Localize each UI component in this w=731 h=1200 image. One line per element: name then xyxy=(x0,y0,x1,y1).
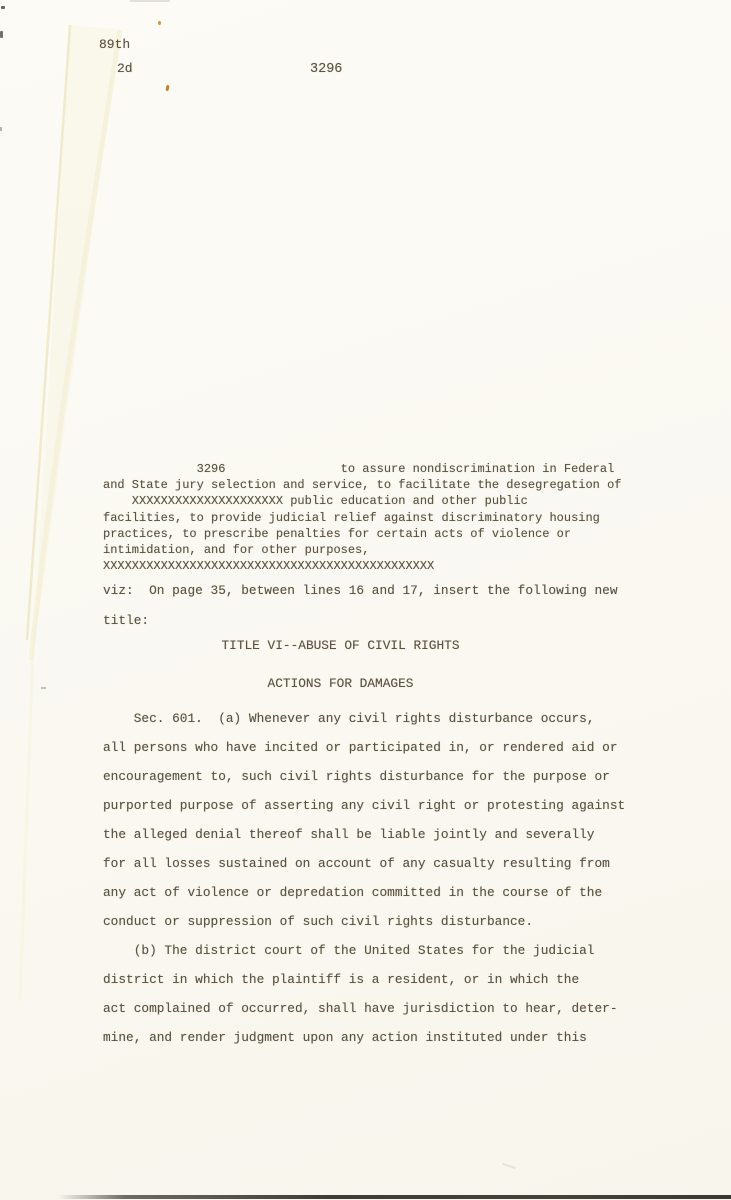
summary-line: 3296 to assure nondiscrimination in Fede… xyxy=(103,461,621,477)
summary-line: facilities, to provide judicial relief a… xyxy=(103,510,621,526)
scan-speck xyxy=(0,31,3,38)
header-bill-number: 3296 xyxy=(310,62,342,77)
body-line: purported purpose of asserting any civil… xyxy=(103,791,625,820)
body-line: district in which the plaintiff is a res… xyxy=(103,965,625,994)
body-line: Sec. 601. (a) Whenever any civil rights … xyxy=(103,704,625,733)
body-line: (b) The district court of the United Sta… xyxy=(103,936,625,965)
viz-line: title: xyxy=(103,606,618,636)
summary-line-struck: XXXXXXXXXXXXXXXXXXXXX public education a… xyxy=(103,493,621,509)
summary-paragraph: 3296 to assure nondiscrimination in Fede… xyxy=(103,461,621,574)
section-heading: ACTIONS FOR DAMAGES xyxy=(0,676,681,691)
summary-line: practices, to prescribe penalties for ce… xyxy=(103,526,621,542)
body-line: the alleged denial thereof shall be liab… xyxy=(103,820,625,849)
ink-speck-orange xyxy=(165,85,169,91)
body-line: for all losses sustained on account of a… xyxy=(103,849,625,878)
body-paragraph: Sec. 601. (a) Whenever any civil rights … xyxy=(103,704,625,1052)
header-congress: 89th xyxy=(99,37,130,52)
title-heading: TITLE VI--ABUSE OF CIVIL RIGHTS xyxy=(0,638,681,653)
body-line: conduct or suppression of such civil rig… xyxy=(103,907,625,936)
scan-speck xyxy=(1,6,5,9)
body-line: all persons who have incited or particip… xyxy=(103,733,625,762)
viz-paragraph: viz: On page 35, between lines 16 and 17… xyxy=(103,576,618,636)
body-line: any act of violence or depredation commi… xyxy=(103,878,625,907)
ink-speck-orange xyxy=(158,21,161,25)
body-line: act complained of occurred, shall have j… xyxy=(103,994,625,1023)
scan-speck xyxy=(0,127,2,131)
scan-edge-bottom xyxy=(58,1195,731,1199)
document-page: 89th 2d 3296 3296 to assure nondiscrimin… xyxy=(0,0,731,1200)
viz-line: viz: On page 35, between lines 16 and 17… xyxy=(103,576,618,606)
summary-line: intimidation, and for other purposes, xyxy=(103,542,621,558)
summary-line-struck: XXXXXXXXXXXXXXXXXXXXXXXXXXXXXXXXXXXXXXXX… xyxy=(103,558,621,574)
body-line: mine, and render judgment upon any actio… xyxy=(103,1023,625,1052)
body-line: encouragement to, such civil rights dist… xyxy=(103,762,625,791)
header-session: 2d xyxy=(117,61,133,76)
scan-speck xyxy=(502,1163,516,1169)
scan-edge-top-mark xyxy=(130,0,170,2)
summary-line: and State jury selection and service, to… xyxy=(103,477,621,493)
